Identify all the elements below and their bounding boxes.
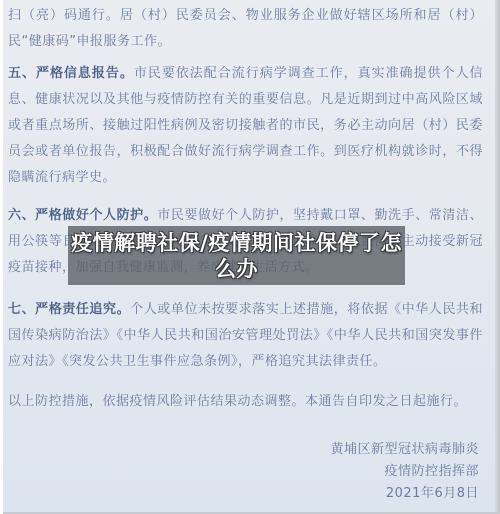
caption-title: 疫情解聘社保/疫情期间社保停了怎么办 (68, 230, 405, 282)
signature-date: 2021年6月8日 (8, 483, 479, 505)
notice-screenshot: { "document": { "paragraphs": [ { "headi… (0, 0, 500, 514)
paragraph-closing: 以上防控措施，依据疫情风险评估结果动态调整。本通告自印发之日起施行。 (8, 389, 483, 415)
paragraph-text: 扫（亮）码通行。居（村）民委员会、物业服务企业做好辖区场所和居（村）民“健康码”… (8, 8, 483, 49)
image-border-right (495, 0, 500, 514)
paragraph-section-5: 五、严格信息报告。市民要依法配合流行病学调查工作，真实准确提供个人信息、健康状况… (8, 61, 483, 191)
paragraph-section-7: 七、严格责任追究。个人或单位未按要求落实上述措施，将依据《中华人民共和国传染病防… (8, 297, 483, 375)
signature-org-line2: 疫情防控指挥部 (8, 461, 479, 483)
paragraph-text: 以上防控措施，依据疫情风险评估结果动态调整。本通告自印发之日起施行。 (8, 394, 467, 409)
section-heading-7: 七、严格责任追究。 (8, 302, 130, 317)
caption-overlay: 疫情解聘社保/疫情期间社保停了怎么办 (68, 226, 405, 285)
section-heading-5: 五、严格信息报告。 (8, 66, 134, 81)
paragraph-health-code: 扫（亮）码通行。居（村）民委员会、物业服务企业做好辖区场所和居（村）民“健康码”… (8, 3, 483, 55)
signature-block: 黄埔区新型冠状病毒肺炎 疫情防控指挥部 2021年6月8日 (8, 439, 483, 505)
section-heading-6: 六、严格做好个人防护。 (8, 208, 157, 223)
signature-org-line1: 黄埔区新型冠状病毒肺炎 (8, 439, 479, 461)
paragraph-text: 市民要依法配合流行病学调查工作，真实准确提供个人信息、健康状况以及其他与疫情防控… (8, 66, 483, 185)
